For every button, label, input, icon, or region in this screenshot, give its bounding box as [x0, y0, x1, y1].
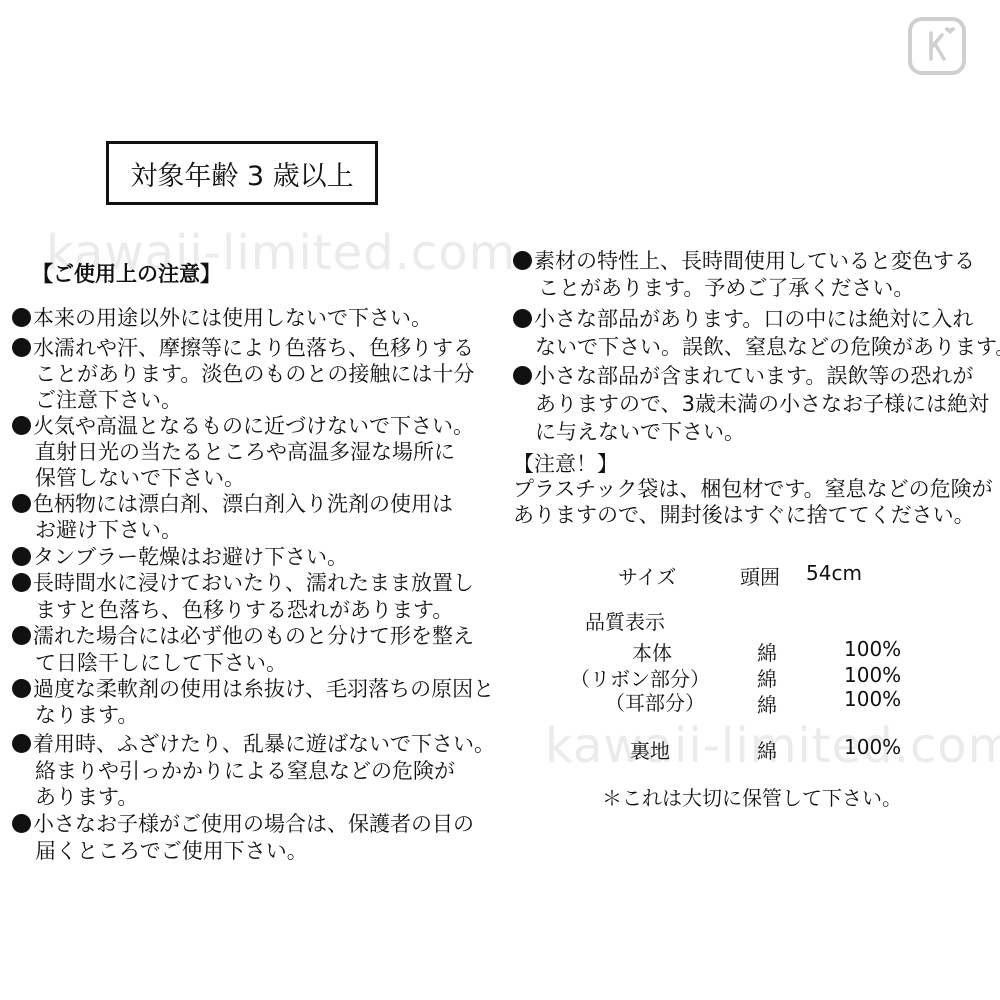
caution-line: 直射日光の当たるところや高温多湿な場所に	[35, 439, 455, 465]
caution-line: 色柄物には漂白剤、漂白剤入り洗剤の使用は	[12, 491, 453, 517]
caution-line: ないで下さい。誤飲、窒息などの危険があります。	[535, 334, 1000, 360]
caution-line: ご注意下さい。	[35, 387, 182, 413]
caution-line: ますと色落ち、色移りする恐れがあります。	[35, 597, 453, 623]
caution-line: 小さなお子様がご使用の場合は、保護者の目の	[12, 811, 474, 837]
quality-footnote: ＊これは大切に保管して下さい。	[602, 782, 902, 811]
caution-line: お避け下さい。	[35, 517, 182, 543]
quality-label: 品質表示	[585, 606, 665, 635]
caution-line: て日陰干しにして下さい。	[35, 650, 287, 676]
k-heart-icon	[912, 21, 962, 71]
caution-line: ことがあります。予めご了承ください。	[538, 275, 914, 301]
bullet-icon	[12, 573, 31, 592]
caution-line: 水濡れや汗、摩擦等により色落ち、色移りする	[12, 335, 474, 361]
quality-material: 綿	[757, 637, 777, 666]
caution-line: 絡まりや引っかかりによる窒息などの危険が	[35, 758, 455, 784]
bullet-icon	[12, 814, 31, 833]
bullet-icon	[12, 626, 31, 645]
bullet-icon	[12, 416, 31, 435]
bullet-icon	[12, 494, 31, 513]
notice-heading: 【注意！】	[513, 451, 618, 477]
caution-line: に与えないで下さい。	[535, 419, 745, 445]
caution-line: 小さな部品が含まれています。誤飲等の恐れが	[513, 363, 973, 389]
quality-material: 綿	[757, 663, 777, 692]
kawaii-logo	[908, 17, 966, 75]
age-recommendation-box: 対象年齢 3 歳以上	[106, 141, 378, 205]
size-label: サイズ	[618, 561, 676, 590]
notice-line: プラスチック袋は、梱包材です。窒息などの危険が	[513, 476, 993, 502]
caution-line: ことがあります。淡色のものとの接触には十分	[35, 361, 474, 387]
bullet-icon	[12, 338, 31, 357]
caution-line: ありますので、3歳未満の小さなお子様には絶対	[535, 391, 989, 417]
quality-part: 裏地	[630, 735, 670, 764]
quality-percent: 100%	[844, 663, 901, 687]
caution-line: 過度な柔軟剤の使用は糸抜け、毛羽落ちの原因と	[12, 676, 494, 702]
bullet-icon	[12, 734, 31, 753]
caution-line: 長時間水に浸けておいたり、濡れたまま放置し	[12, 570, 474, 596]
bullet-icon	[513, 251, 532, 270]
caution-line: タンブラー乾燥はお避け下さい。	[12, 544, 348, 570]
notice-line: ありますので、開封後はすぐに捨ててください。	[513, 502, 975, 528]
caution-line: 小さな部品があります。口の中には絶対に入れ	[513, 306, 973, 332]
quality-percent: 100%	[844, 735, 901, 759]
quality-percent: 100%	[844, 637, 901, 661]
caution-line: 濡れた場合には必ず他のものと分けて形を整え	[12, 623, 474, 649]
caution-line: なります。	[35, 702, 138, 728]
caution-line: 本来の用途以外には使用しないで下さい。	[12, 305, 432, 331]
size-value: 54cm	[806, 561, 862, 585]
caution-line: 届くところでご使用下さい。	[35, 838, 308, 864]
size-measure: 頭囲	[740, 561, 780, 590]
bullet-icon	[513, 366, 532, 385]
caution-line: あります。	[35, 784, 138, 810]
bullet-icon	[12, 547, 31, 566]
bullet-icon	[12, 679, 31, 698]
age-label: 対象年齢 3 歳以上	[130, 154, 353, 193]
quality-part: （耳部分）	[605, 687, 705, 716]
quality-material: 綿	[757, 735, 777, 764]
usage-caution-heading: 【ご使用上の注意】	[32, 258, 221, 288]
bullet-icon	[513, 309, 532, 328]
quality-material: 綿	[757, 689, 777, 718]
quality-percent: 100%	[844, 687, 901, 711]
caution-line: 着用時、ふざけたり、乱暴に遊ばないで下さい。	[12, 731, 495, 757]
caution-line: 火気や高温となるものに近づけないで下さい。	[12, 413, 474, 439]
quality-part: 本体	[632, 637, 672, 666]
caution-line: 保管しないで下さい。	[35, 465, 245, 491]
caution-line: 素材の特性上、長時間使用していると変色する	[513, 248, 975, 274]
bullet-icon	[12, 308, 31, 327]
